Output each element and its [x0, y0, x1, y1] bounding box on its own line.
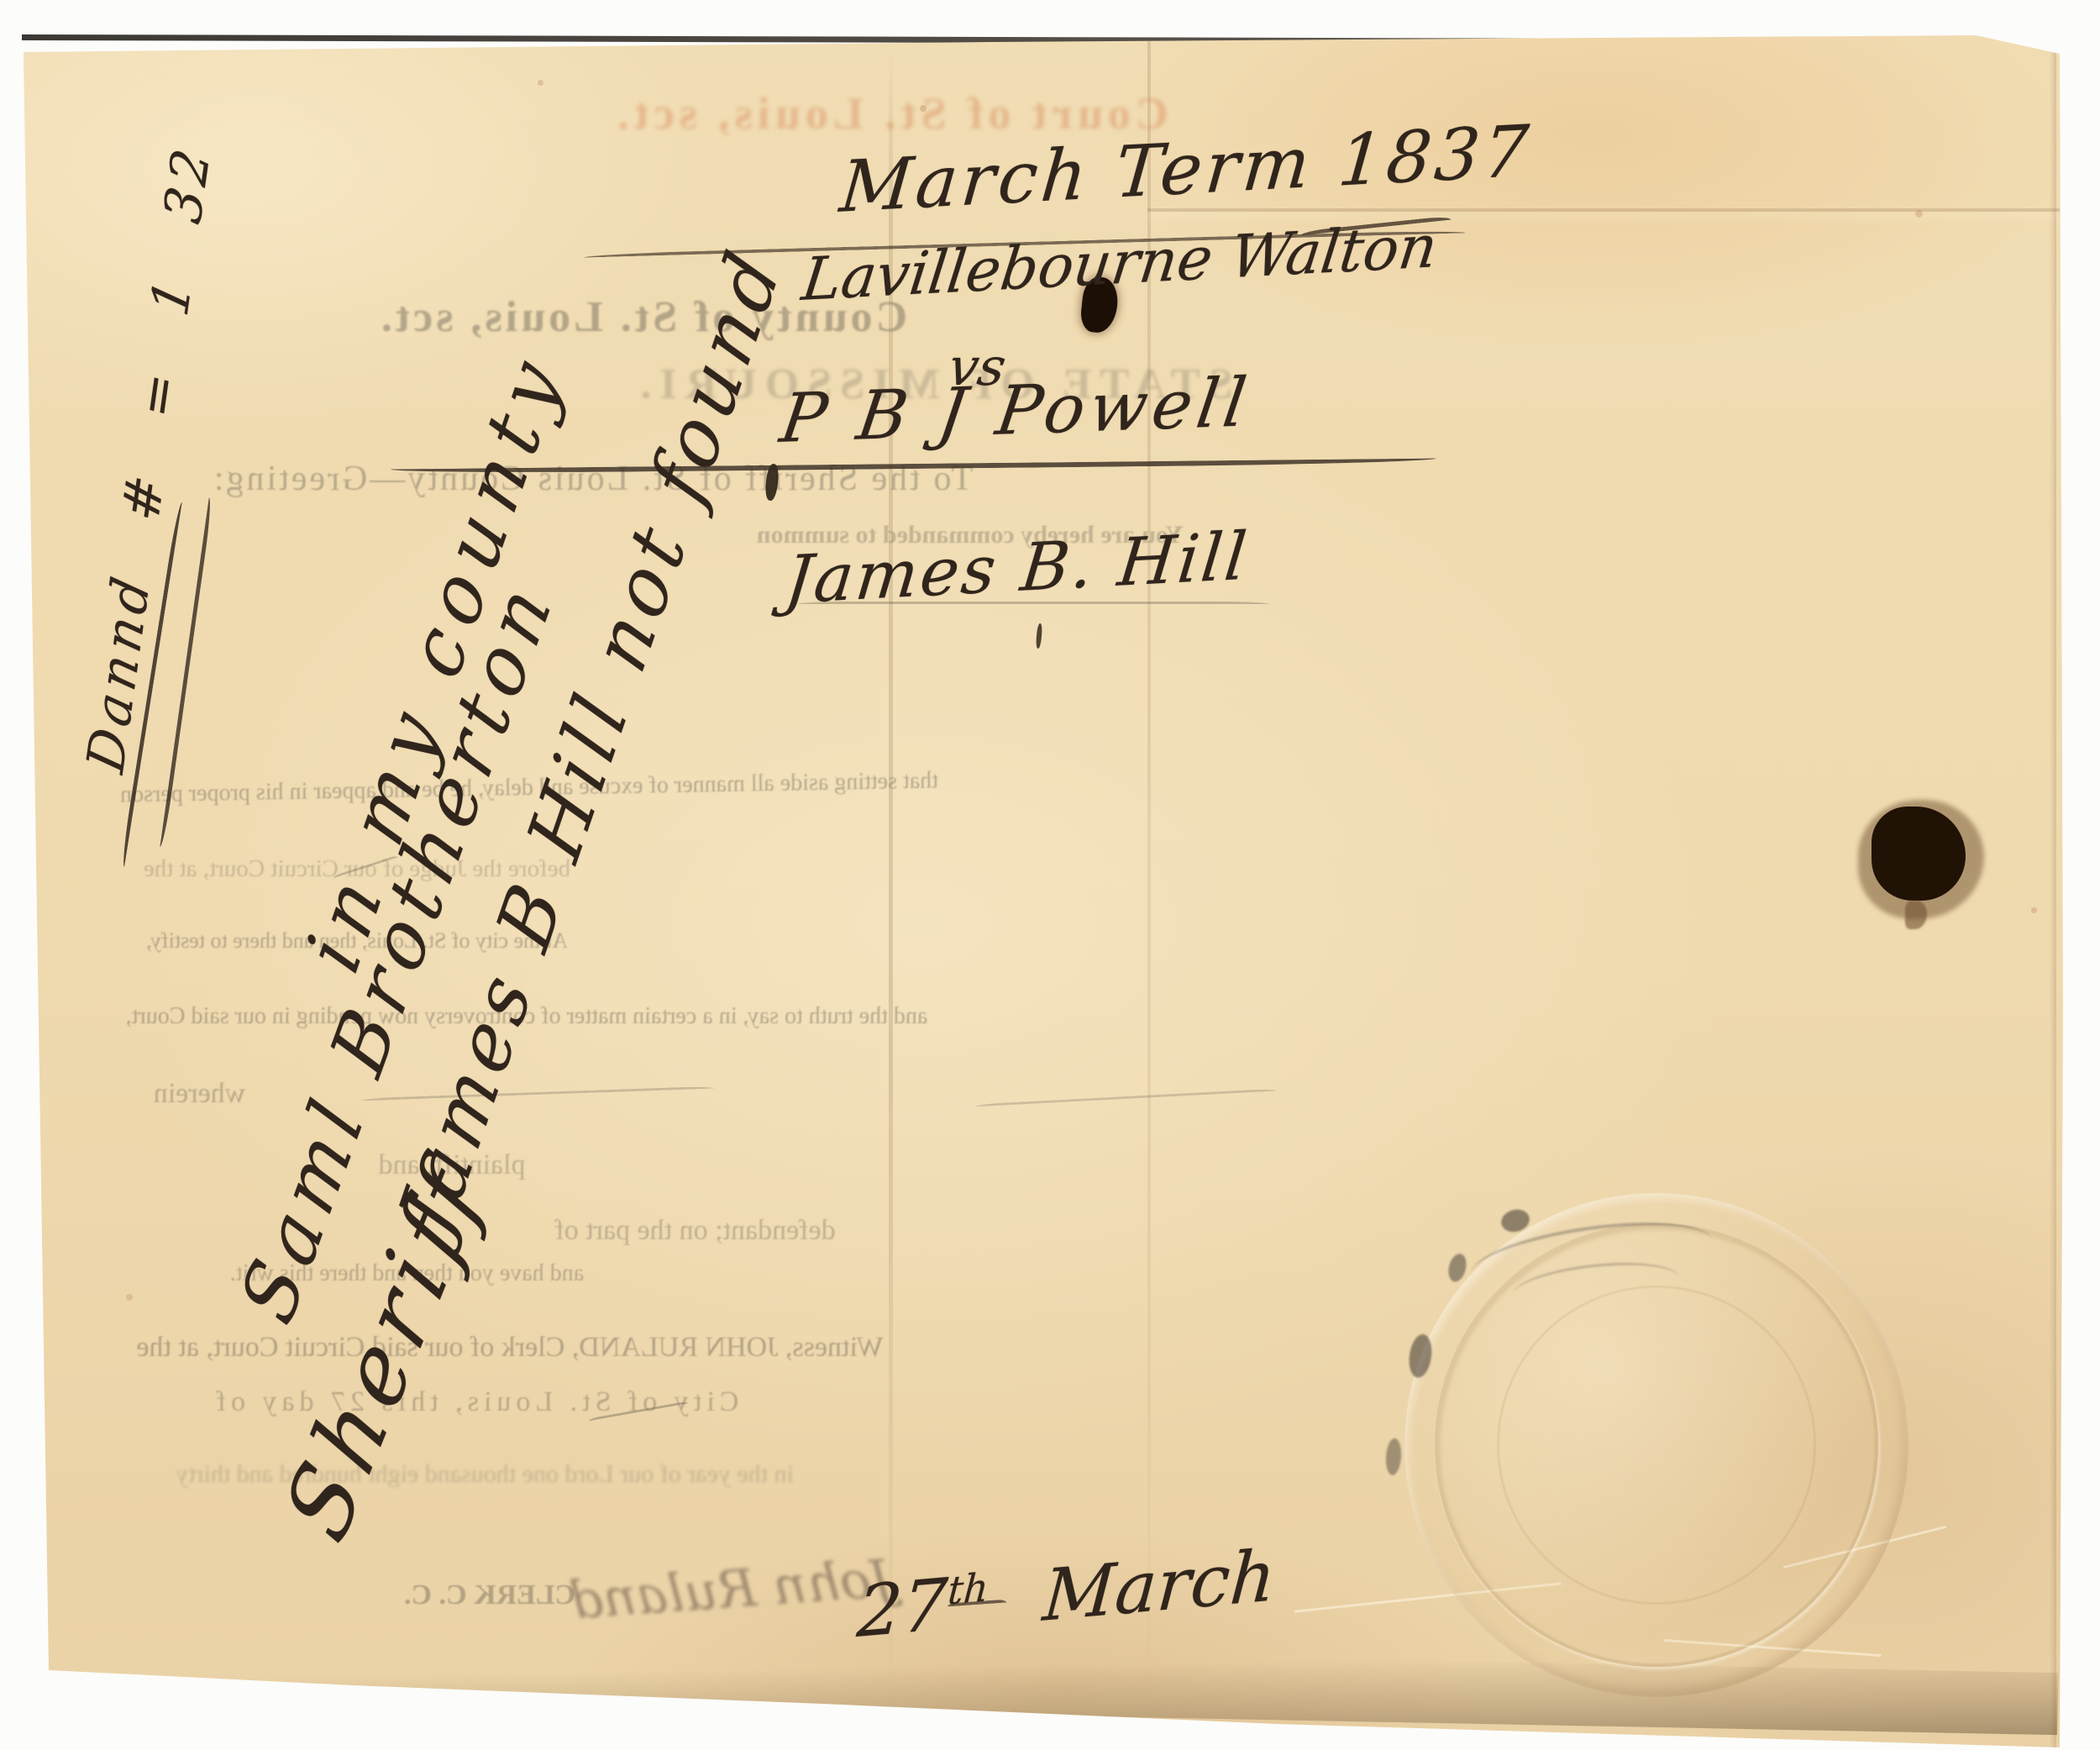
- foxing-spot: [920, 105, 927, 112]
- ink-fleck: [1036, 623, 1043, 649]
- date-day: 27: [854, 1563, 949, 1653]
- bleed-witness-clause-2: City of St. Louis, this 27 day of: [192, 1386, 759, 1418]
- date-month: March: [1041, 1534, 1278, 1637]
- paper-right-edge-shadow: [2050, 50, 2056, 1747]
- scanned-document: Court of St. Louis, sct. County of St. L…: [0, 0, 2100, 1750]
- bleed-witness-clause-3: in the year of our Lord one thousand eig…: [77, 1460, 892, 1489]
- foxing-spot: [126, 1294, 133, 1301]
- defendant-name: P B J Powell: [776, 363, 1257, 458]
- bleed-scrawl-mark: [361, 1086, 714, 1101]
- fold-crease-horizontal: [1147, 208, 2060, 212]
- ink-blot-large: [1872, 807, 1966, 901]
- paper-sheet: Court of St. Louis, sct. County of St. L…: [0, 0, 2100, 1750]
- date-annotation: 27th March: [854, 1534, 1278, 1653]
- foxing-spot: [1915, 210, 1923, 218]
- foxing-spot: [2031, 907, 2037, 913]
- bleed-wherein-label: wherein: [122, 1078, 277, 1110]
- bleed-scrawl-mark: [974, 1089, 1277, 1107]
- bleed-clerk-signature: John Ruland: [553, 1546, 909, 1632]
- ink-smudge: [1384, 1437, 1402, 1475]
- foxing-spot: [538, 80, 543, 86]
- ink-blot-tail: [1905, 901, 1927, 929]
- plaintiff-name: Lavillebourne Walton: [798, 212, 1441, 314]
- bleed-defendant-label: defendant; on the part of: [462, 1215, 928, 1247]
- bleed-clerk-label: CLERK C. C.: [420, 1579, 575, 1611]
